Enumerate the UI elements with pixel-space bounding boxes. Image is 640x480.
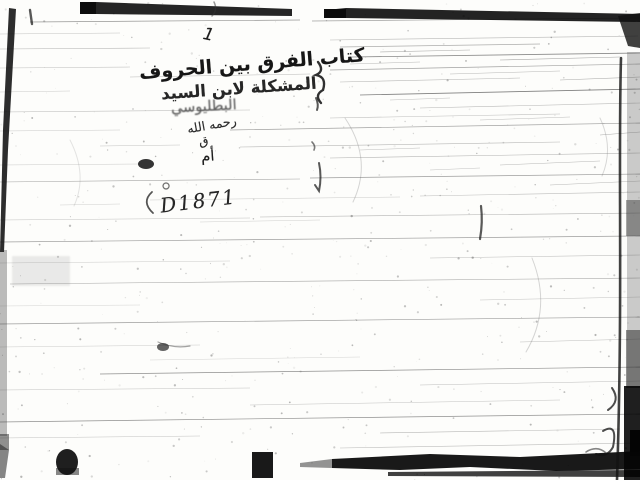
scanned-manuscript-page: 1 كتاب الفرق بين الحروف المشكلة لابن الس…	[0, 0, 640, 480]
small-annotation-2: أم	[200, 149, 214, 165]
scan-artifacts-layer	[0, 0, 640, 480]
small-annotation-1: ق	[198, 135, 209, 148]
